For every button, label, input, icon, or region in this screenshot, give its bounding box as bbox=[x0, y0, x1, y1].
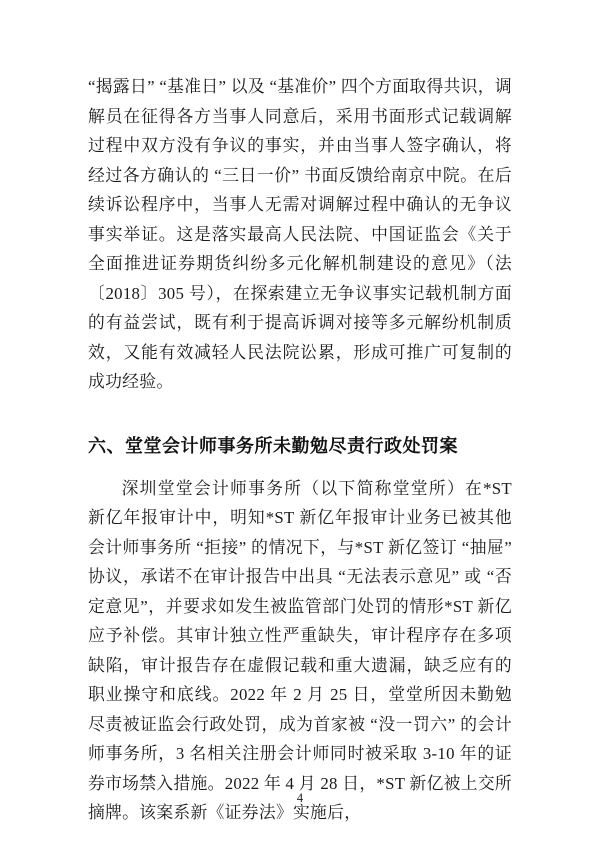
section-heading: 六、堂堂会计师事务所未勤勉尽责行政处罚案 bbox=[88, 431, 512, 461]
paragraph-continuation: “揭露日” “基准日” 以及 “基准价” 四个方面取得共识，调解员在征得各方当事… bbox=[88, 72, 512, 397]
section-paragraph: 深圳堂堂会计师事务所（以下简称堂堂所）在*ST 新亿年报审计中，明知*ST 新亿… bbox=[88, 474, 512, 828]
page-number: 4 bbox=[0, 790, 600, 806]
document-body: “揭露日” “基准日” 以及 “基准价” 四个方面取得共识，调解员在征得各方当事… bbox=[88, 72, 512, 828]
document-page: “揭露日” “基准日” 以及 “基准价” 四个方面取得共识，调解员在征得各方当事… bbox=[0, 0, 600, 848]
